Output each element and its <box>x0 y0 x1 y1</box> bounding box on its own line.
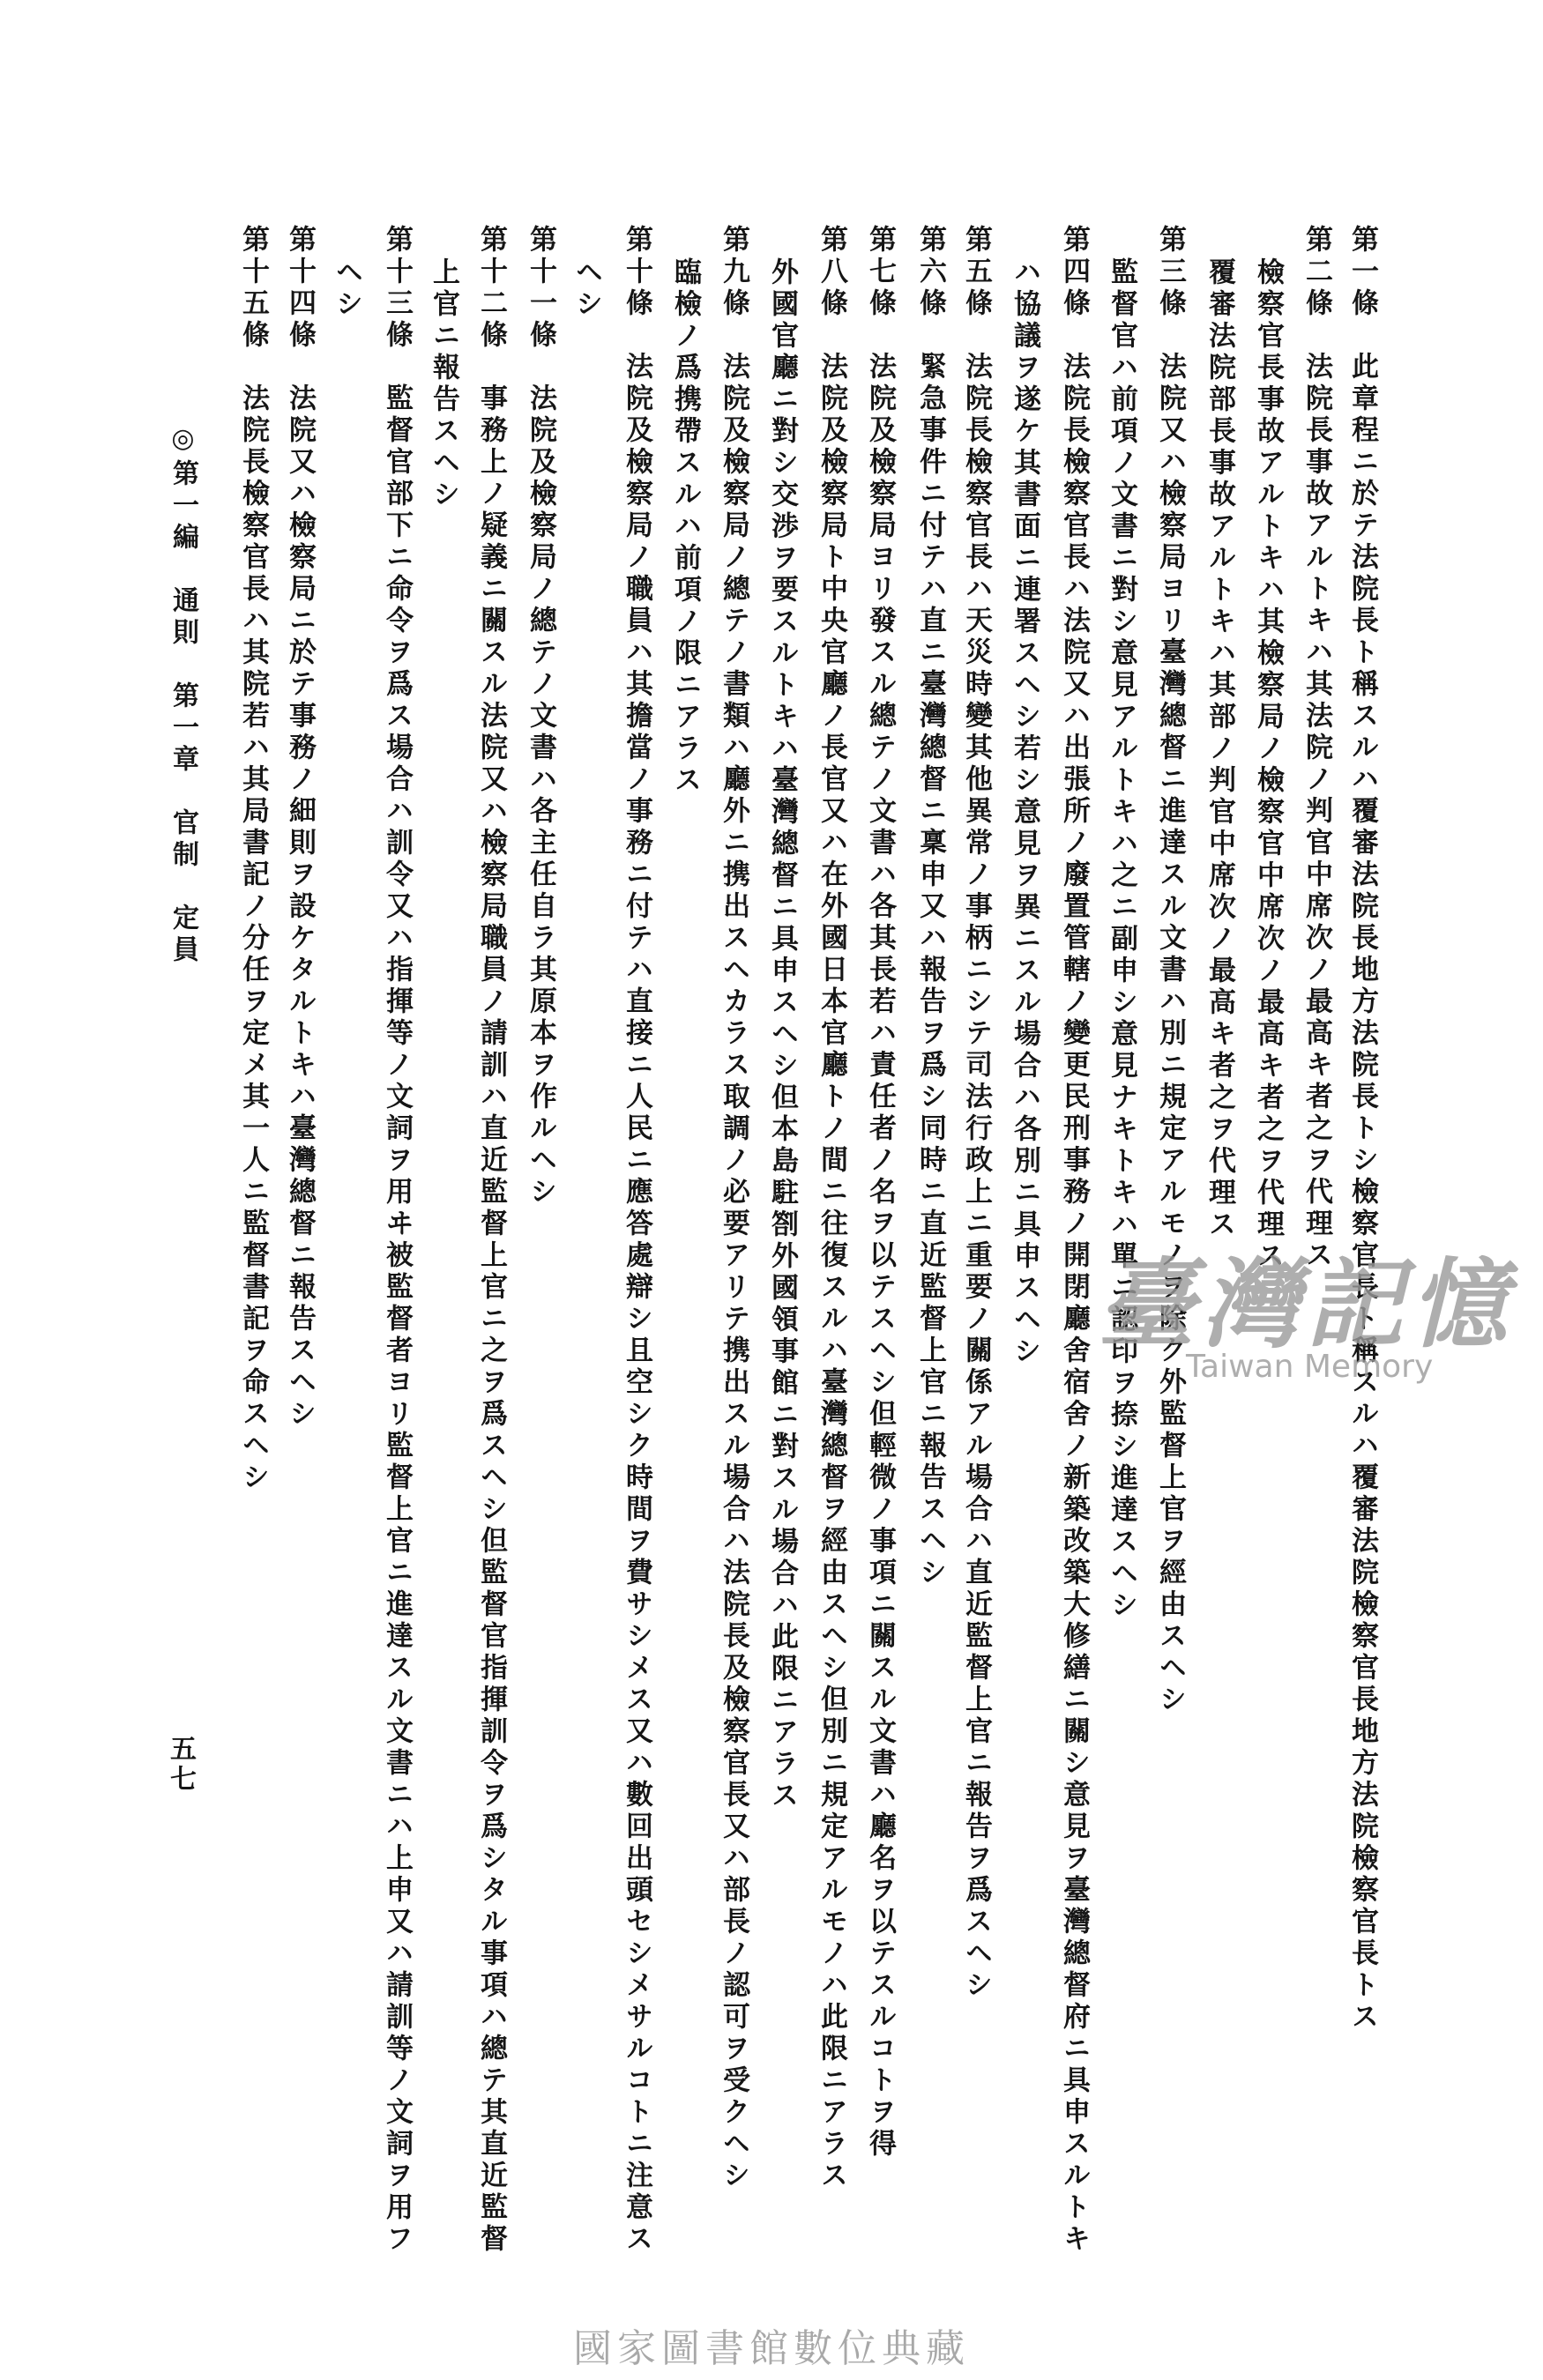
article-column: 第七條法院及檢察局ヨリ發スル總テノ文書ハ各其長若ハ責任者ノ名ヲ以テスヘシ但輕微ノ… <box>861 225 899 2161</box>
article-number: 第十條 <box>617 225 656 320</box>
running-footer: ◎第一編 通則 第一章 官制 定員 <box>163 423 202 967</box>
article-text: 事務上ノ疑義ニ關スル法院又ハ檢察局職員ノ請訓ハ直近監督上官ニ之ヲ爲スヘシ但監督官… <box>475 383 507 2256</box>
article-column: 第四條法院長檢察官長ハ法院又ハ出張所ノ廢置管轄ノ變更民刑事務ノ開閉廳舍宿舍ノ新築… <box>1055 225 1093 2256</box>
article-text: 法院又ハ檢察局ニ於テ事務ノ細則ヲ設ケタルトキハ臺灣總督ニ報告スヘシ <box>284 383 316 1431</box>
article-number: 第十五條 <box>234 225 272 352</box>
continuation-column: 上官ニ報告スヘシ <box>424 257 463 511</box>
article-column: 第二條法院長事故アルトキハ其法院ノ判官中席次ノ最高キ者之ヲ代理ス <box>1297 225 1336 1272</box>
article-number: 第五條 <box>957 225 995 320</box>
article-text: 法院及檢察局ト中央官廳ノ長官又ハ在外國日本官廳トノ間ニ往復スルハ臺灣總督ヲ經由ス… <box>816 352 847 2192</box>
article-number: 第十一條 <box>521 225 560 352</box>
article-column: 第十四條法院又ハ檢察局ニ於テ事務ノ細則ヲ設ケタルトキハ臺灣總督ニ報告スヘシ <box>280 225 319 1431</box>
continuation-column: 檢察官長事故アルトキハ其檢察局ノ檢察官中席次ノ最高キ者之ヲ代理ス <box>1249 257 1287 1273</box>
article-text: 上官ニ報告スヘシ <box>428 257 459 511</box>
article-text: 法院長檢察官長ハ法院又ハ出張所ノ廢置管轄ノ變更民刑事務ノ開閉廳舍宿舍ノ新築改築大… <box>1058 352 1090 2256</box>
continuation-column: 外國官廳ニ對シ交渉ヲ要スルトキハ臺灣總督ニ具申スヘシ但本島駐劄外國領事館ニ對スル… <box>763 257 801 1812</box>
article-number: 第七條 <box>861 225 899 320</box>
page-number: 五七 <box>164 1735 199 1795</box>
article-number: 第十二條 <box>472 225 511 352</box>
article-text: 緊急事件ニ付テハ直ニ臺灣總督ニ稟申又ハ報告ヲ爲シ同時ニ直近監督上官ニ報告スヘシ <box>914 352 946 1589</box>
article-number: 第六條 <box>911 225 950 320</box>
article-column: 第八條法院及檢察局ト中央官廳ノ長官又ハ在外國日本官廳トノ間ニ往復スルハ臺灣總督ヲ… <box>812 225 851 2192</box>
continuation-column: 覆審法院部長事故アルトキハ其部ノ判官中席次ノ最高キ者之ヲ代理ス <box>1200 257 1239 1241</box>
article-text: 監督官部下ニ命令ヲ爲ス場合ハ訓令又ハ指揮等ノ文詞ヲ用ヰ被監督者ヨリ監督上官ニ進達… <box>381 383 413 2256</box>
article-text: 此章程ニ於テ法院長ト稱スルハ覆審法院長地方法院長トシ檢察官長ト稱スルハ覆審法院檢… <box>1346 352 1378 2034</box>
article-number: 第十三條 <box>377 225 416 352</box>
article-number: 第四條 <box>1055 225 1093 320</box>
article-column: 第十一條法院及檢察局ノ總テノ文書ハ各主任自ラ其原本ヲ作ルヘシ <box>521 225 560 1209</box>
article-column: 第一條此章程ニ於テ法院長ト稱スルハ覆審法院長地方法院長トシ檢察官長ト稱スルハ覆審… <box>1343 225 1382 2034</box>
continuation-column: ハ協議ヲ遂ケ其書面ニ連署スヘシ若シ意見ヲ異ニスル場合ハ各別ニ具申スヘシ <box>1005 257 1044 1368</box>
article-text: 檢察官長事故アルトキハ其檢察局ノ檢察官中席次ノ最高キ者之ヲ代理ス <box>1252 257 1284 1273</box>
article-text: 法院及檢察局ヨリ發スル總テノ文書ハ各其長若ハ責任者ノ名ヲ以テスヘシ但輕微ノ事項ニ… <box>864 352 896 2161</box>
article-text: 覆審法院部長事故アルトキハ其部ノ判官中席次ノ最高キ者之ヲ代理ス <box>1204 257 1235 1241</box>
article-text: 法院長檢察官長ハ其院若ハ其局書記ノ分任ヲ定メ其一人ニ監督書記ヲ命スヘシ <box>237 383 269 1494</box>
article-text: 法院又ハ檢察局ヨリ臺灣總督ニ進達スル文書ハ別ニ規定アルモノヲ除ク外監督上官ヲ經由… <box>1154 352 1186 1716</box>
article-number: 第三條 <box>1151 225 1189 320</box>
article-number: 第一條 <box>1343 225 1382 320</box>
article-number: 第八條 <box>812 225 851 320</box>
article-text: ヘシ <box>570 257 602 321</box>
article-text: 法院長檢察官長ハ天災時變其他異常ノ事柄ニシテ司法行政上ニ重要ノ關係アル場合ハ直近… <box>960 352 992 2002</box>
article-text: 法院及檢察局ノ總テノ文書ハ各主任自ラ其原本ヲ作ルヘシ <box>525 383 556 1209</box>
article-column: 第九條法院及檢察局ノ總テノ書類ハ廳外ニ携出スヘカラス取調ノ必要アリテ携出スル場合… <box>714 225 753 2192</box>
library-credit: 國家圖書館數位典藏 <box>0 2317 1543 2373</box>
article-text: 外國官廳ニ對シ交渉ヲ要スルトキハ臺灣總督ニ具申スヘシ但本島駐劄外國領事館ニ對スル… <box>766 257 798 1812</box>
article-text: 法院及檢察局ノ職員ハ其擔當ノ事務ニ付テハ直接ニ人民ニ應答處辯シ且空シク時間ヲ費サ… <box>621 352 652 2256</box>
article-column: 第十三條監督官部下ニ命令ヲ爲ス場合ハ訓令又ハ指揮等ノ文詞ヲ用ヰ被監督者ヨリ監督上… <box>377 225 416 2256</box>
article-text: ヘシ <box>331 257 362 321</box>
article-column: 第十條法院及檢察局ノ職員ハ其擔當ノ事務ニ付テハ直接ニ人民ニ應答處辯シ且空シク時間… <box>617 225 656 2256</box>
article-text: 法院長事故アルトキハ其法院ノ判官中席次ノ最高キ者之ヲ代理ス <box>1301 352 1332 1272</box>
article-text: ハ協議ヲ遂ケ其書面ニ連署スヘシ若シ意見ヲ異ニスル場合ハ各別ニ具申スヘシ <box>1009 257 1040 1368</box>
continuation-column: 臨檢ノ爲携帶スルハ前項ノ限ニアラス <box>666 257 704 797</box>
article-number: 第九條 <box>714 225 753 320</box>
article-text: 法院及檢察局ノ總テノ書類ハ廳外ニ携出スヘカラス取調ノ必要アリテ携出スル場合ハ法院… <box>718 352 749 2192</box>
article-column: 第十五條法院長檢察官長ハ其院若ハ其局書記ノ分任ヲ定メ其一人ニ監督書記ヲ命スヘシ <box>234 225 272 1494</box>
continuation-column: ヘシ <box>327 257 366 321</box>
continuation-column: 監督官ハ前項ノ文書ニ對シ意見アルトキハ之ニ副申シ意見ナキトキハ單ニ認印ヲ捺シ進達… <box>1102 257 1141 1622</box>
continuation-column: ヘシ <box>567 257 606 321</box>
article-number: 第二條 <box>1297 225 1336 320</box>
article-column: 第十二條事務上ノ疑義ニ關スル法院又ハ檢察局職員ノ請訓ハ直近監督上官ニ之ヲ爲スヘシ… <box>472 225 511 2256</box>
scanned-page: 第一條此章程ニ於テ法院長ト稱スルハ覆審法院長地方法院長トシ檢察官長ト稱スルハ覆審… <box>0 0 1543 2380</box>
article-number: 第十四條 <box>280 225 319 352</box>
article-text: 臨檢ノ爲携帶スルハ前項ノ限ニアラス <box>669 257 701 797</box>
article-column: 第三條法院又ハ檢察局ヨリ臺灣總督ニ進達スル文書ハ別ニ規定アルモノヲ除ク外監督上官… <box>1151 225 1189 1716</box>
article-text: 監督官ハ前項ノ文書ニ對シ意見アルトキハ之ニ副申シ意見ナキトキハ單ニ認印ヲ捺シ進達… <box>1106 257 1137 1622</box>
article-column: 第六條緊急事件ニ付テハ直ニ臺灣總督ニ稟申又ハ報告ヲ爲シ同時ニ直近監督上官ニ報告ス… <box>911 225 950 1589</box>
article-column: 第五條法院長檢察官長ハ天災時變其他異常ノ事柄ニシテ司法行政上ニ重要ノ關係アル場合… <box>957 225 995 2002</box>
